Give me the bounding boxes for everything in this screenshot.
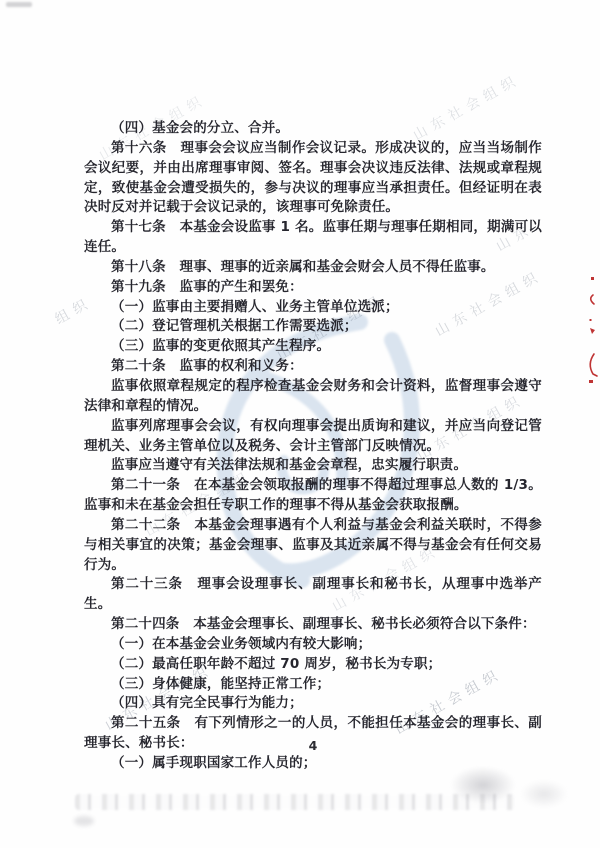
paragraph: 监事列席理事会会议，有权向理事会提出质询和建议，并应当向登记管理机关、业务主管单… xyxy=(84,417,542,457)
bleedthrough-band xyxy=(75,794,515,810)
list-item: （二）最高任职年龄不超过 70 周岁，秘书长为专职； xyxy=(84,655,542,675)
paragraph: 监事依照章程规定的程序检查基金会财务和会计资料，监督理事会遵守法律和章程的情况。 xyxy=(84,377,542,417)
scan-smudge xyxy=(74,816,94,826)
page-number: 4 xyxy=(84,738,542,753)
list-item: （三）身体健康，能坚持正常工作； xyxy=(84,675,542,695)
paragraph: 第十九条 监事的产生和罢免： xyxy=(84,278,542,298)
paragraph: 第十六条 理事会会议应当制作会议记录。形成决议的，应当当场制作会议纪要，并由出席… xyxy=(84,139,542,218)
scan-smudge xyxy=(520,780,568,808)
red-edge-marks xyxy=(578,270,600,400)
paragraph: 第二十二条 本基金会理事遇有个人利益与基金会利益关联时，不得参与相关事宜的决策；… xyxy=(84,516,542,576)
list-item: （三）监事的变更依照其产生程序。 xyxy=(84,337,542,357)
list-item: （四）具有完全民事行为能力； xyxy=(84,694,542,714)
list-item: （一）属手现职国家工作人员的； xyxy=(84,754,542,774)
paragraph: 第二十条 监事的权利和义务： xyxy=(84,357,542,377)
paragraph: 第二十四条 本基金会理事长、副理事长、秘书长必须符合以下条件： xyxy=(84,615,542,635)
list-item: （一）监事由主要捐赠人、业务主管单位选派； xyxy=(84,298,542,318)
paragraph: 监事应当遵守有关法律法规和基金会章程，忠实履行职责。 xyxy=(84,456,542,476)
scan-smudge xyxy=(6,2,32,7)
paragraph: 第十七条 本基金会设监事 1 名。监事任期与理事任期相同，期满可以连任。 xyxy=(84,218,542,258)
paragraph: （四）基金会的分立、合并。 xyxy=(84,119,542,139)
paragraph: 第二十一条 在本基金会领取报酬的理事不得超过理事总人数的 1/3。监事和未在基金… xyxy=(84,476,542,516)
paragraph: 第二十三条 理事会设理事长、副理事长和秘书长，从理事中选举产生。 xyxy=(84,575,542,615)
document-body: （四）基金会的分立、合并。 第十六条 理事会会议应当制作会议记录。形成决议的，应… xyxy=(84,119,542,774)
paragraph: 第十八条 理事、理事的近亲属和基金会财会人员不得任监事。 xyxy=(84,258,542,278)
list-item: （一）在本基金会业务领域内有较大影响； xyxy=(84,635,542,655)
list-item: （二）登记管理机关根据工作需要选派； xyxy=(84,317,542,337)
scanned-document-page: { "page": { "number": "4" }, "colors": {… xyxy=(0,0,600,848)
